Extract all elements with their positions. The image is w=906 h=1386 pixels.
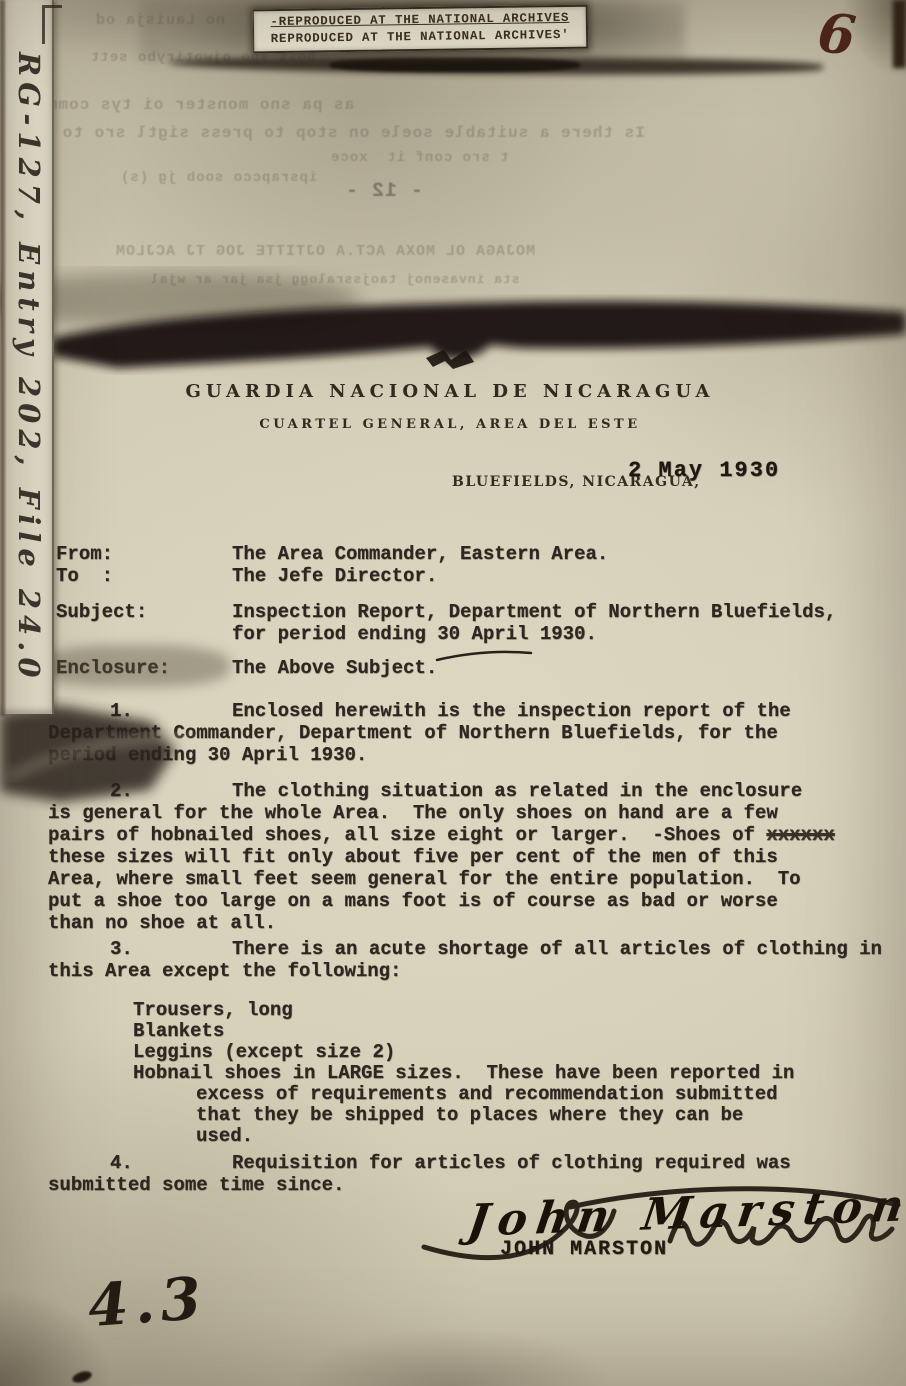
bleedthrough-text: ipsrapcco soob jg (s) — [120, 170, 317, 186]
enclosure-value: The Above Subject. — [232, 657, 437, 679]
para2-line2: is general for the whole Area. The only … — [48, 802, 778, 824]
bleedthrough-text: t sro conf it xoce — [330, 150, 509, 166]
subject-value-line1: Inspection Report, Department of Norther… — [232, 601, 836, 623]
list-item: Hobnail shoes in LARGE sizes. These have… — [133, 1063, 794, 1084]
struck-out-word: xxxxxx — [766, 824, 834, 846]
list-item: Trousers, long — [133, 1000, 293, 1021]
bleedthrough-text: sta invasenoj taojssralogg jsa jar ar wj… — [150, 272, 520, 287]
para4-line1: 4.Requisition for articles of clothing r… — [48, 1152, 791, 1174]
bleedthrough-text: MOJAGA OL MOXA ACT.A OJTITTE JOG TJ ACJL… — [115, 243, 535, 260]
corner-bracket-mark — [42, 5, 62, 44]
margin-note: RG-127, Entry 202, File 24.0 — [12, 52, 46, 712]
bleedthrough-page-number: - 12 - — [345, 180, 423, 203]
para2-line3: pairs of hobnailed shoes, all size eight… — [48, 824, 835, 846]
from-value: The Area Commander, Eastern Area. — [232, 543, 608, 565]
para3-line2: this Area except the following: — [48, 960, 401, 982]
para2-line7: than no shoe at all. — [48, 912, 276, 934]
ink-dot — [71, 1369, 93, 1385]
stamp-line2: REPRODUCED AT THE NATIONAL ARCHIVES' — [271, 27, 570, 48]
list-item-continuation: excess of requirements and recommendatio… — [196, 1084, 778, 1105]
para1-number: 1. — [110, 700, 232, 722]
photo-edge-shadow — [893, 0, 906, 68]
letterhead-title: GUARDIA NACIONAL DE NICARAGUA — [150, 381, 750, 402]
bleedthrough-text: as pa sno monster oi tys command — [15, 96, 354, 114]
handwritten-file-number: 4.3 — [86, 1264, 209, 1340]
list-item-continuation: used. — [196, 1126, 253, 1147]
list-item: Leggins (except size 2) — [133, 1042, 395, 1063]
signature-flourish — [420, 1183, 906, 1278]
letterhead-subtitle: CUARTEL GENERAL, AREA DEL ESTE — [150, 417, 750, 432]
enclosure-label: Enclosure: — [56, 657, 170, 679]
para2-line6: put a shoe too large on a mans foot is o… — [48, 890, 778, 912]
subject-label: Subject: — [56, 601, 147, 623]
para1-line1: 1.Enclosed herewith is the inspection re… — [48, 700, 791, 722]
dateline-date: 2 May 1930 — [628, 458, 780, 483]
signature-typed-name: JOHN MARSTON — [500, 1238, 668, 1261]
para4-number: 4. — [110, 1152, 232, 1174]
para2-line5: Area, where small feet seem general for … — [48, 868, 801, 890]
scanned-document-photo: no Lauisja od boss spo ojwotirybo sett a… — [0, 0, 906, 1386]
para2-number: 2. — [110, 780, 232, 802]
para2-line1: 2.The clothing situation as related in t… — [48, 780, 802, 802]
national-archives-stamp: -REPRODUCED AT THE NATIONAL ARCHIVES REP… — [253, 5, 589, 54]
para1-line2: Department Commander, Department of Nort… — [48, 722, 778, 744]
from-label: From: — [56, 543, 113, 565]
para4-line2: submitted some time since. — [48, 1174, 344, 1196]
para3-line1: 3.There is an acute shortage of all arti… — [48, 938, 882, 960]
photo-edge-shadow — [0, 0, 5, 716]
handwritten-page-number: 6 — [815, 0, 859, 68]
to-value: The Jefe Director. — [232, 565, 437, 587]
ink-smear — [330, 58, 580, 72]
bleedthrough-text: Is there a suitable soele on stop to pre… — [30, 124, 645, 142]
pen-stroke — [435, 648, 535, 664]
para1-line3: period ending 30 April 1930. — [48, 744, 367, 766]
list-item: Blankets — [133, 1021, 224, 1042]
list-item-continuation: that they be shipped to places where the… — [196, 1105, 743, 1126]
para2-line4: these sizes will fit only about five per… — [48, 846, 778, 868]
to-label: To : — [56, 565, 113, 587]
subject-value-line2: for period ending 30 April 1930. — [232, 623, 597, 645]
para3-number: 3. — [110, 938, 232, 960]
bleedthrough-text: no Lauisja od — [95, 12, 225, 29]
